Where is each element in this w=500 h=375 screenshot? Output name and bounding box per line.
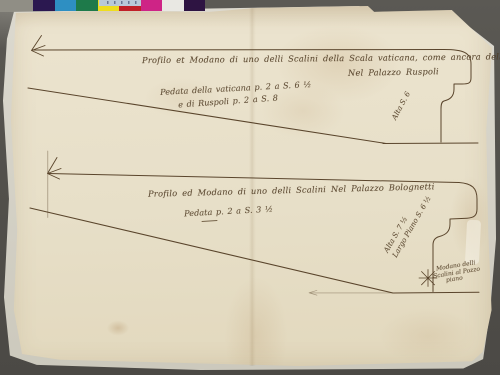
upper-step-baseline xyxy=(383,143,478,144)
pedata-underline-dash xyxy=(202,221,217,222)
film-frame-number-label xyxy=(99,0,141,6)
upper-left-arrow xyxy=(32,36,46,57)
archival-scan: Profilo et Modano di uno delli Scalini d… xyxy=(0,0,500,375)
calibration-patch-green xyxy=(76,0,98,11)
upper-title-line2: Nel Palazzo Ruspoli xyxy=(348,66,439,78)
calibration-patch-white xyxy=(162,0,184,11)
lower-left-arrow xyxy=(48,158,62,180)
calibration-patch-magenta xyxy=(141,0,163,11)
calibration-patch-cyan xyxy=(55,0,77,11)
upper-step-diagonal xyxy=(28,88,386,144)
lower-baseline-extension xyxy=(309,290,393,295)
lower-step-baseline xyxy=(393,292,479,293)
calibration-patch-violet xyxy=(184,0,206,11)
calibration-patch-indigo xyxy=(33,0,55,11)
